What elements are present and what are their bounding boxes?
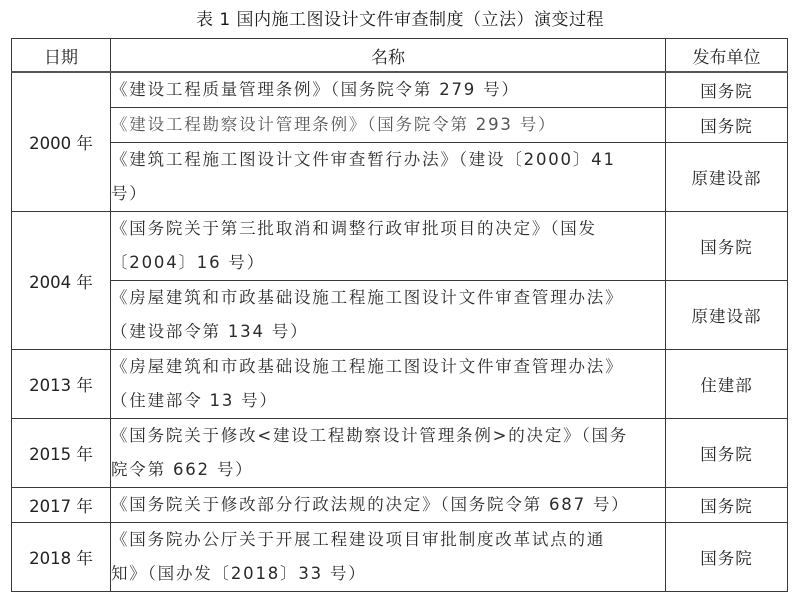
table-row: 2015 年 《国务院关于修改<建设工程勘察设计管理条例>的决定》（国务 院令第… xyxy=(12,419,788,488)
name-line: 《建设工程质量管理条例》（国务院令第 279 号） xyxy=(111,73,665,107)
table-row: 2018 年 《国务院办公厅关于开展工程建设项目审批制度改革试点的通 知》（国办… xyxy=(12,523,788,592)
name-cell: 《建筑工程施工图设计文件审查暂行办法》（建设〔2000〕41 号） xyxy=(111,143,666,212)
org-cell: 住建部 xyxy=(666,350,788,419)
name-line: （住建部令 13 号） xyxy=(111,384,665,418)
name-cell: 《国务院关于第三批取消和调整行政审批项目的决定》（国发 〔2004〕16 号） xyxy=(111,212,666,281)
name-line: 知》（国办发〔2018〕33 号） xyxy=(111,557,665,591)
date-cell: 2004 年 xyxy=(12,212,111,350)
date-cell: 2017 年 xyxy=(12,488,111,523)
name-line: 《建设工程勘察设计管理条例》（国务院令第 293 号） xyxy=(111,108,665,142)
date-cell: 2015 年 xyxy=(12,419,111,488)
name-cell: 《建设工程质量管理条例》（国务院令第 279 号） xyxy=(111,72,666,108)
table-row: 《建筑工程施工图设计文件审查暂行办法》（建设〔2000〕41 号） 原建设部 xyxy=(12,143,788,212)
date-cell: 2000 年 xyxy=(12,72,111,212)
name-cell: 《国务院关于修改<建设工程勘察设计管理条例>的决定》（国务 院令第 662 号） xyxy=(111,419,666,488)
org-cell: 原建设部 xyxy=(666,281,788,350)
name-line: 《房屋建筑和市政基础设施工程施工图设计文件审查管理办法》 xyxy=(111,350,665,384)
org-cell: 国务院 xyxy=(666,523,788,592)
date-cell: 2018 年 xyxy=(12,523,111,592)
date-cell: 2013 年 xyxy=(12,350,111,419)
table-row: 《房屋建筑和市政基础设施工程施工图设计文件审查管理办法》 （建设部令第 134 … xyxy=(12,281,788,350)
name-line: 《国务院关于第三批取消和调整行政审批项目的决定》（国发 xyxy=(111,212,665,246)
name-cell: 《房屋建筑和市政基础设施工程施工图设计文件审查管理办法》 （住建部令 13 号） xyxy=(111,350,666,419)
table-row: 2013 年 《房屋建筑和市政基础设施工程施工图设计文件审查管理办法》 （住建部… xyxy=(12,350,788,419)
name-cell: 《国务院关于修改部分行政法规的决定》（国务院令第 687 号） xyxy=(111,488,666,523)
regulation-table: 日期 名称 发布单位 2000 年 《建设工程质量管理条例》（国务院令第 279… xyxy=(11,38,788,592)
table-row: 2017 年 《国务院关于修改部分行政法规的决定》（国务院令第 687 号） 国… xyxy=(12,488,788,523)
org-cell: 国务院 xyxy=(666,488,788,523)
name-line: 《国务院关于修改<建设工程勘察设计管理条例>的决定》（国务 xyxy=(111,419,665,453)
table-row: 2000 年 《建设工程质量管理条例》（国务院令第 279 号） 国务院 xyxy=(12,72,788,108)
org-cell: 国务院 xyxy=(666,212,788,281)
name-line: 〔2004〕16 号） xyxy=(111,246,665,280)
name-line: 《建筑工程施工图设计文件审查暂行办法》（建设〔2000〕41 xyxy=(111,143,665,177)
header-name: 名称 xyxy=(111,39,666,73)
name-cell: 《房屋建筑和市政基础设施工程施工图设计文件审查管理办法》 （建设部令第 134 … xyxy=(111,281,666,350)
org-cell: 原建设部 xyxy=(666,143,788,212)
header-org: 发布单位 xyxy=(666,39,788,73)
table-row: 《建设工程勘察设计管理条例》（国务院令第 293 号） 国务院 xyxy=(12,108,788,143)
name-line: 《房屋建筑和市政基础设施工程施工图设计文件审查管理办法》 xyxy=(111,281,665,315)
header-date: 日期 xyxy=(12,39,111,73)
org-cell: 国务院 xyxy=(666,108,788,143)
name-line: 院令第 662 号） xyxy=(111,453,665,487)
org-cell: 国务院 xyxy=(666,72,788,108)
name-line: 《国务院办公厅关于开展工程建设项目审批制度改革试点的通 xyxy=(111,523,665,557)
name-line: 《国务院关于修改部分行政法规的决定》（国务院令第 687 号） xyxy=(111,488,665,522)
table-row: 2004 年 《国务院关于第三批取消和调整行政审批项目的决定》（国发 〔2004… xyxy=(12,212,788,281)
table-header-row: 日期 名称 发布单位 xyxy=(12,39,788,73)
name-cell: 《建设工程勘察设计管理条例》（国务院令第 293 号） xyxy=(111,108,666,143)
table-caption: 表 1 国内施工图设计文件审查制度（立法）演变过程 xyxy=(0,9,800,31)
name-line: 号） xyxy=(111,177,665,211)
name-line: （建设部令第 134 号） xyxy=(111,315,665,349)
name-cell: 《国务院办公厅关于开展工程建设项目审批制度改革试点的通 知》（国办发〔2018〕… xyxy=(111,523,666,592)
org-cell: 国务院 xyxy=(666,419,788,488)
